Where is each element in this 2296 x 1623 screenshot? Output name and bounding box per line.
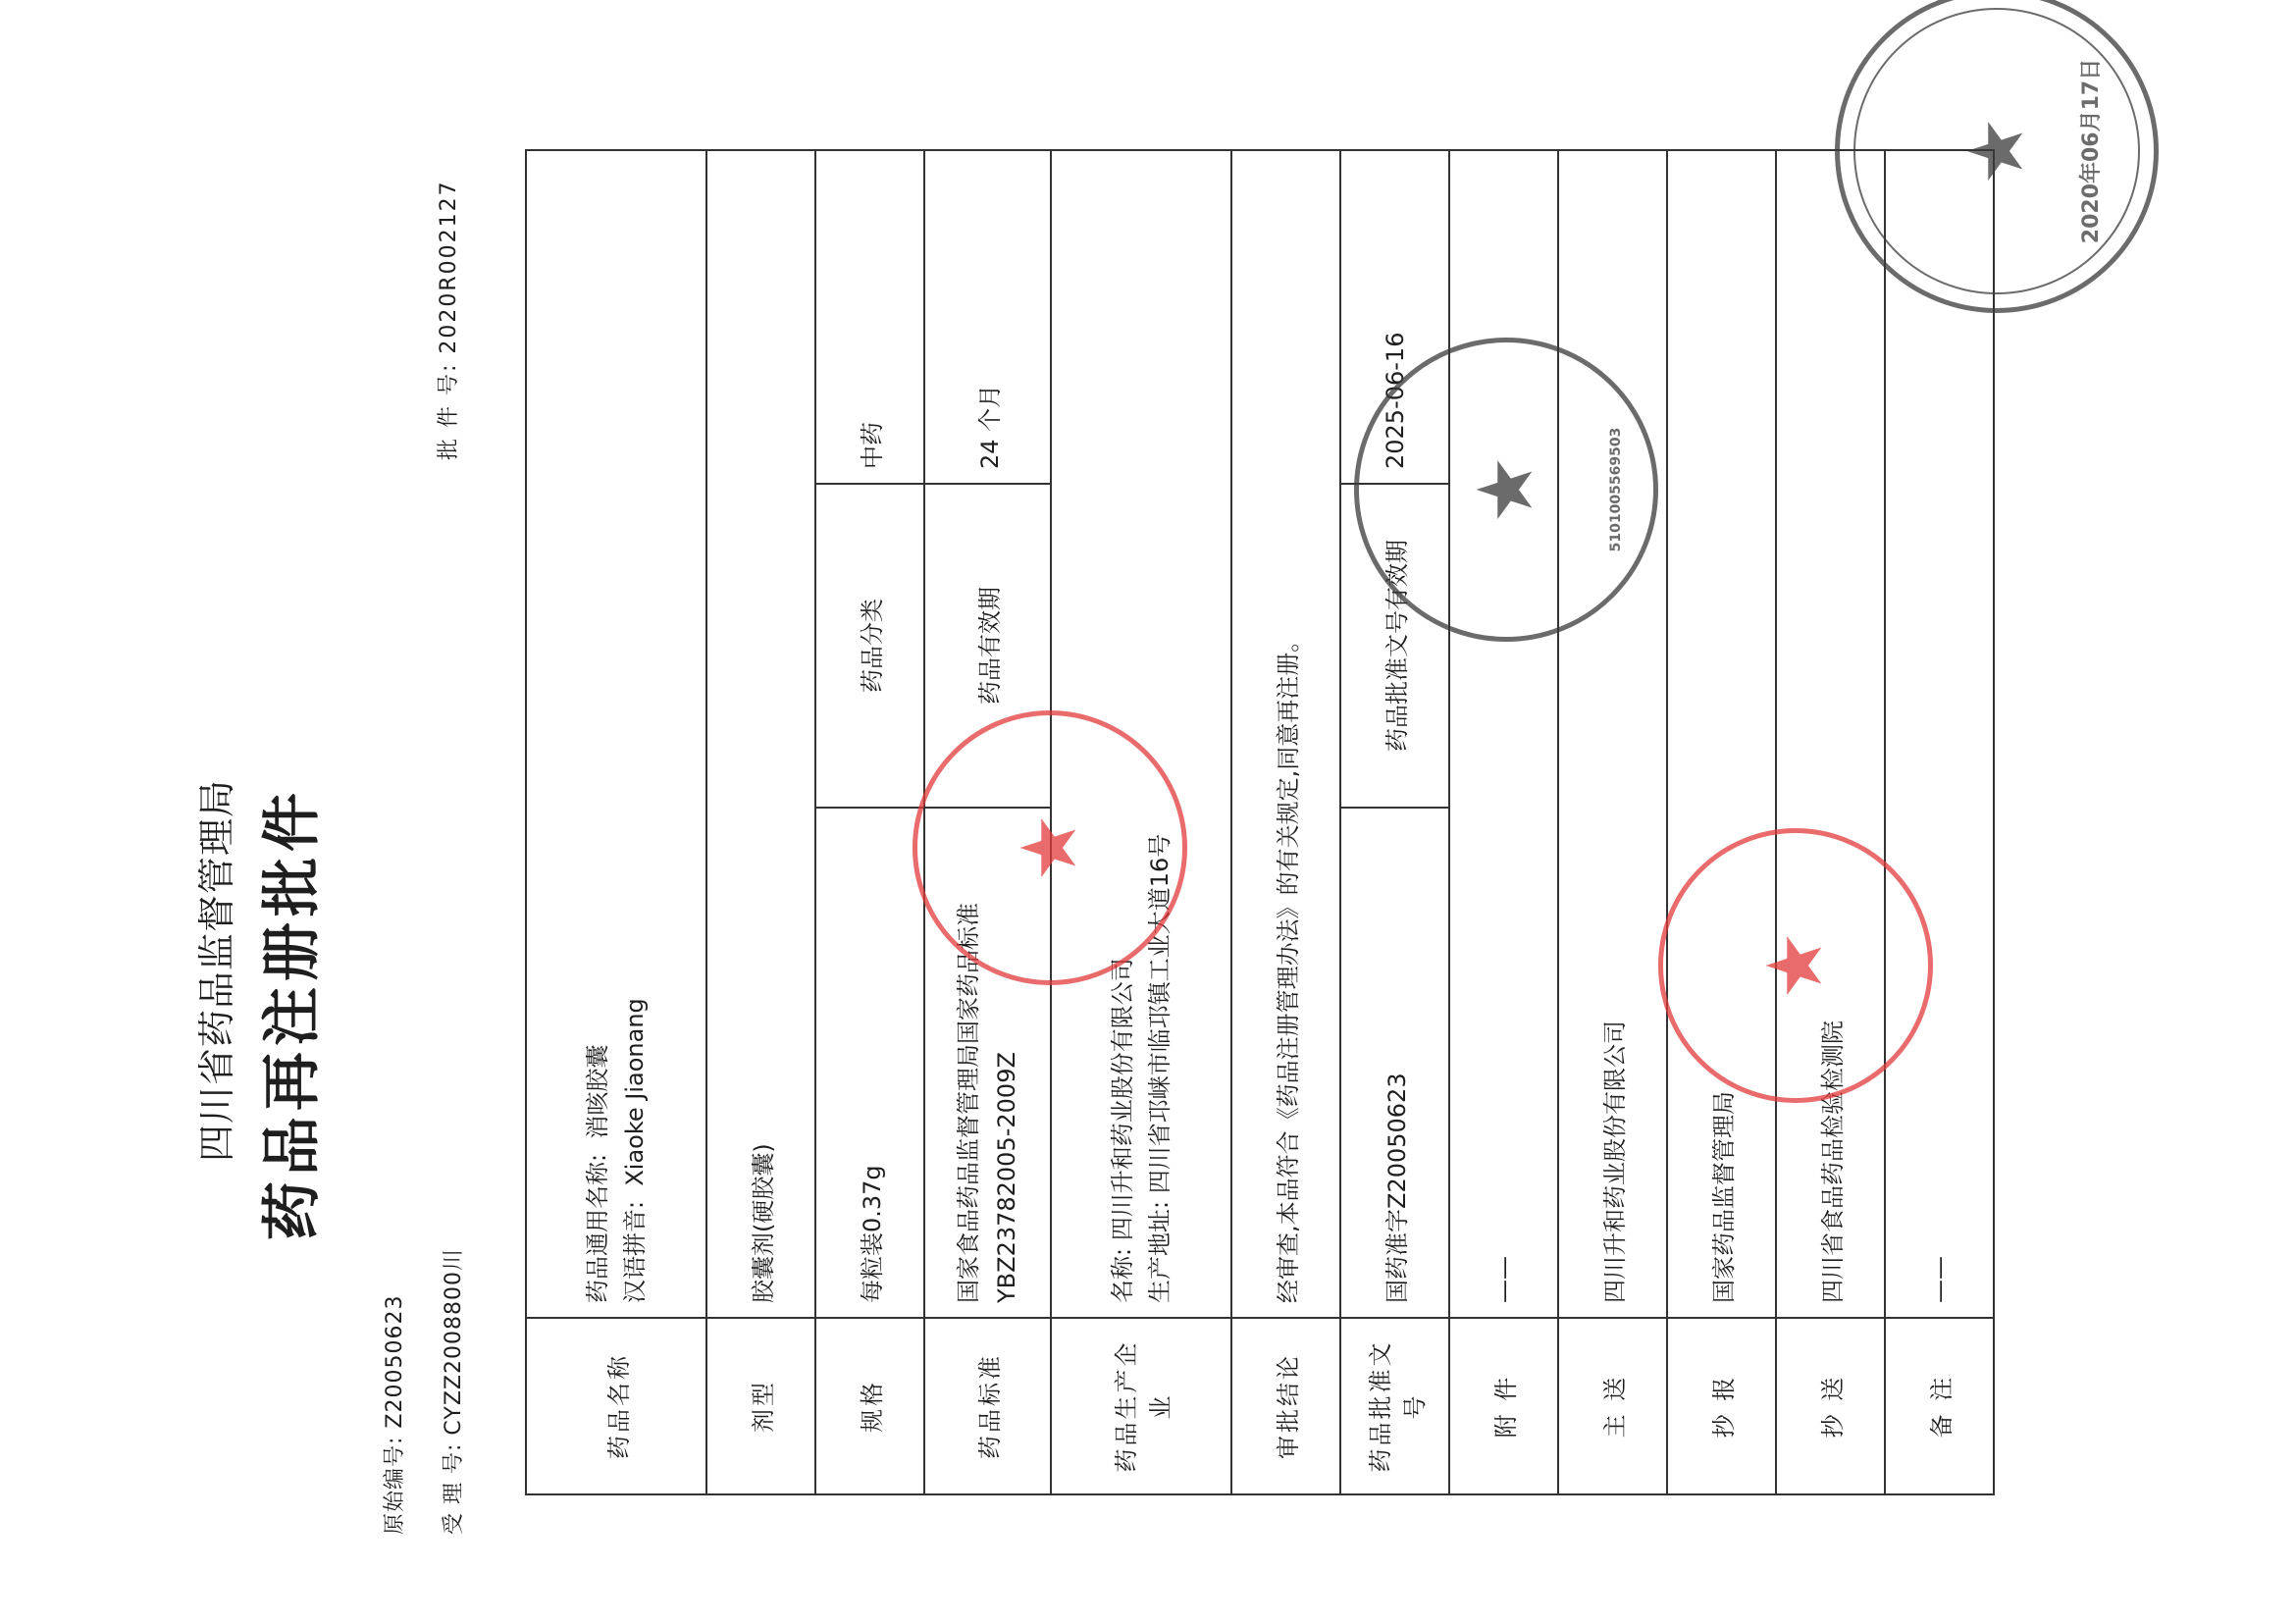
row-dosage-form: 剂型 胶囊剂(硬胶囊) (706, 150, 815, 1494)
row-remarks: 备 注 —— (1885, 150, 1994, 1494)
row-specification: 规格 每粒装0.37g 药品分类 中药 (815, 150, 924, 1494)
manufacturer-name: 四川升和药业股份有限公司 (1109, 958, 1136, 1240)
seal-date: 2020年06月17日 (2074, 59, 2105, 243)
star-icon: ★ (1462, 455, 1550, 524)
cc-label: 抄 送 (1776, 1318, 1885, 1494)
batch-number-label: 批 件 号: (437, 363, 461, 460)
pinyin-name: Xiaoke Jiaonang (621, 998, 649, 1185)
acceptance-number: 受 理 号: CYZZ2008800川 (437, 1248, 467, 1535)
approval-number-label: 药品批准文号 (1340, 1318, 1449, 1494)
approval-number-value: 国药准字Z20050623 (1340, 808, 1449, 1318)
row-approval-number: 药品批准文号 国药准字Z20050623 药品批准文号有效期 2025-06-1… (1340, 150, 1449, 1494)
authority-seal: ★ 2020年06月17日 (1835, 0, 2159, 313)
batch-number: 批 件 号: 2020R002127 (432, 180, 462, 460)
validity-value: 24 个月 (924, 150, 1051, 484)
remarks-label: 备 注 (1885, 1318, 1994, 1494)
acceptance-number-label: 受 理 号: (442, 1443, 466, 1535)
category-label: 药品分类 (815, 484, 924, 808)
red-seal-2: ★ (1658, 828, 1933, 1103)
batch-number-value: 2020R002127 (437, 180, 461, 353)
remarks-value: —— (1885, 150, 1994, 1318)
row-drug-name: 药品名称 药品通用名称: 消咳胶囊 汉语拼音: Xiaoke Jiaonang (526, 150, 706, 1494)
star-icon: ★ (1006, 813, 1094, 882)
original-number: 原始编号: Z20050623 (378, 1295, 408, 1535)
conclusion-label: 审批结论 (1231, 1318, 1340, 1494)
original-number-value: Z20050623 (383, 1295, 407, 1429)
conclusion-value: 经审查,本品符合《药品注册管理办法》的有关规定,同意再注册。 (1231, 150, 1340, 1318)
star-icon: ★ (1751, 931, 1840, 1000)
red-seal-1: ★ (913, 710, 1187, 985)
attachment-value: —— (1449, 150, 1558, 1318)
generic-name: 消咳胶囊 (584, 1045, 611, 1139)
report-to-label: 抄 报 (1667, 1318, 1776, 1494)
row-conclusion: 审批结论 经审查,本品符合《药品注册管理办法》的有关规定,同意再注册。 (1231, 150, 1340, 1494)
category-value: 中药 (815, 150, 924, 484)
dosage-form-label: 剂型 (706, 1318, 815, 1494)
company-seal-code: 5101005569503 (1608, 428, 1624, 552)
main-recipient-label: 主 送 (1558, 1318, 1667, 1494)
issuing-organization: 四川省药品监督管理局 (186, 779, 240, 1162)
row-report-to: 抄 报 国家药品监督管理局 (1667, 150, 1776, 1494)
standard-label: 药品标准 (924, 1318, 1051, 1494)
document-page: 四川省药品监督管理局 药品再注册批件 批 件 号: 2020R002127 原始… (0, 0, 2296, 1623)
report-to-value: 国家药品监督管理局 (1667, 150, 1776, 1318)
approval-table: 药品名称 药品通用名称: 消咳胶囊 汉语拼音: Xiaoke Jiaonang … (525, 149, 1995, 1495)
acceptance-number-value: CYZZ2008800川 (442, 1248, 466, 1436)
manufacturer-label: 药品生产企业 (1051, 1318, 1231, 1494)
row-main-recipient: 主 送 四川升和药业股份有限公司 (1558, 150, 1667, 1494)
dosage-form-value: 胶囊剂(硬胶囊) (706, 150, 815, 1318)
drug-name-label: 药品名称 (526, 1318, 706, 1494)
original-number-label: 原始编号: (383, 1437, 407, 1535)
row-cc: 抄 送 四川省食品药品检验检测院 (1776, 150, 1885, 1494)
company-seal: ★ 5101005569503 (1354, 338, 1658, 642)
document-title: 药品再注册批件 (245, 787, 330, 1240)
cc-value: 四川省食品药品检验检测院 (1776, 150, 1885, 1318)
attachment-label: 附 件 (1449, 1318, 1558, 1494)
main-recipient-value: 四川升和药业股份有限公司 (1558, 150, 1667, 1318)
specification-value: 每粒装0.37g (815, 808, 924, 1318)
specification-label: 规格 (815, 1318, 924, 1494)
drug-name-value: 药品通用名称: 消咳胶囊 汉语拼音: Xiaoke Jiaonang (526, 150, 706, 1318)
